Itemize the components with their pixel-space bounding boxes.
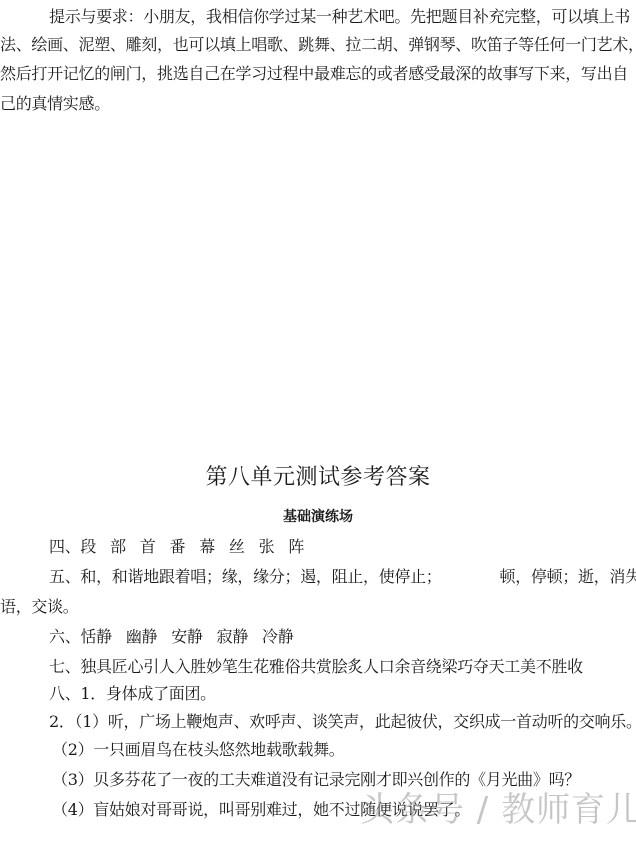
- q6-item: 安静: [171, 627, 202, 646]
- answer-q7: 七、独具匠心引人入胜妙笔生花雅俗共赏脍炙人口余音绕梁巧夺天工美不胜收: [49, 657, 583, 677]
- q4-item: 首: [140, 537, 156, 556]
- answer-q5: 五、和，和谐地跟着唱；缘，缘分；遏，阻止，使停止；顿，停顿；逝，消失；: [49, 567, 636, 587]
- prompt-line-3: 然后打开记忆的闸门，挑选自己在学习过程中最难忘的或者感受最深的故事写下来，写出自: [0, 64, 628, 84]
- q6-label: 六、: [49, 627, 80, 646]
- q6-item: 恬静: [80, 627, 111, 646]
- section-subtitle: 基础演练场: [0, 507, 636, 527]
- prompt-line-4: 己的真情实感。: [0, 94, 110, 114]
- page-title: 第八单元测试参考答案: [0, 464, 636, 492]
- answer-q4: 四、段部首番幕丝张阵: [49, 537, 304, 557]
- answer-q8-1: 八、1．身体成了面团。: [49, 684, 216, 704]
- answer-q8-2-2: （2）一只画眉鸟在枝头悠然地载歌载舞。: [52, 740, 344, 760]
- q4-item: 部: [110, 537, 126, 556]
- q4-item: 丝: [229, 537, 245, 556]
- q4-item: 幕: [199, 537, 215, 556]
- answer-q8-2-1: 2．（1）听，广场上鞭炮声、欢呼声、谈笑声，此起彼伏，交织成一首动听的交响乐。: [49, 712, 636, 732]
- q6-item: 冷静: [262, 627, 293, 646]
- q5-part1: 五、和，和谐地跟着唱；缘，缘分；遏，阻止，使停止；: [49, 567, 442, 586]
- q5-part2: 顿，停顿；逝，消失；: [500, 567, 636, 586]
- answer-q8-2-3: （3）贝多芬花了一夜的工夫难道没有记录完刚才即兴创作的《月光曲》吗？: [52, 770, 580, 790]
- q6-item: 寂静: [217, 627, 248, 646]
- prompt-line-2: 法、绘画、泥塑、雕刻，也可以填上唱歌、跳舞、拉二胡、弹钢琴、吹笛子等任何一门艺术…: [0, 35, 636, 55]
- q4-item: 段: [80, 537, 96, 556]
- prompt-line-1: 提示与要求：小朋友，我相信你学过某一种艺术吧。先把题目补充完整，可以填上书: [49, 7, 630, 27]
- q6-item: 幽静: [126, 627, 157, 646]
- watermark: 头条号 / 教师育儿: [360, 790, 636, 830]
- q4-item: 番: [170, 537, 186, 556]
- answer-q6: 六、恬静幽静安静寂静冷静: [49, 627, 293, 647]
- answer-q5-cont: 语，交谈。: [0, 597, 79, 617]
- q4-item: 阵: [288, 537, 304, 556]
- q4-item: 张: [259, 537, 275, 556]
- q4-label: 四、: [49, 537, 80, 556]
